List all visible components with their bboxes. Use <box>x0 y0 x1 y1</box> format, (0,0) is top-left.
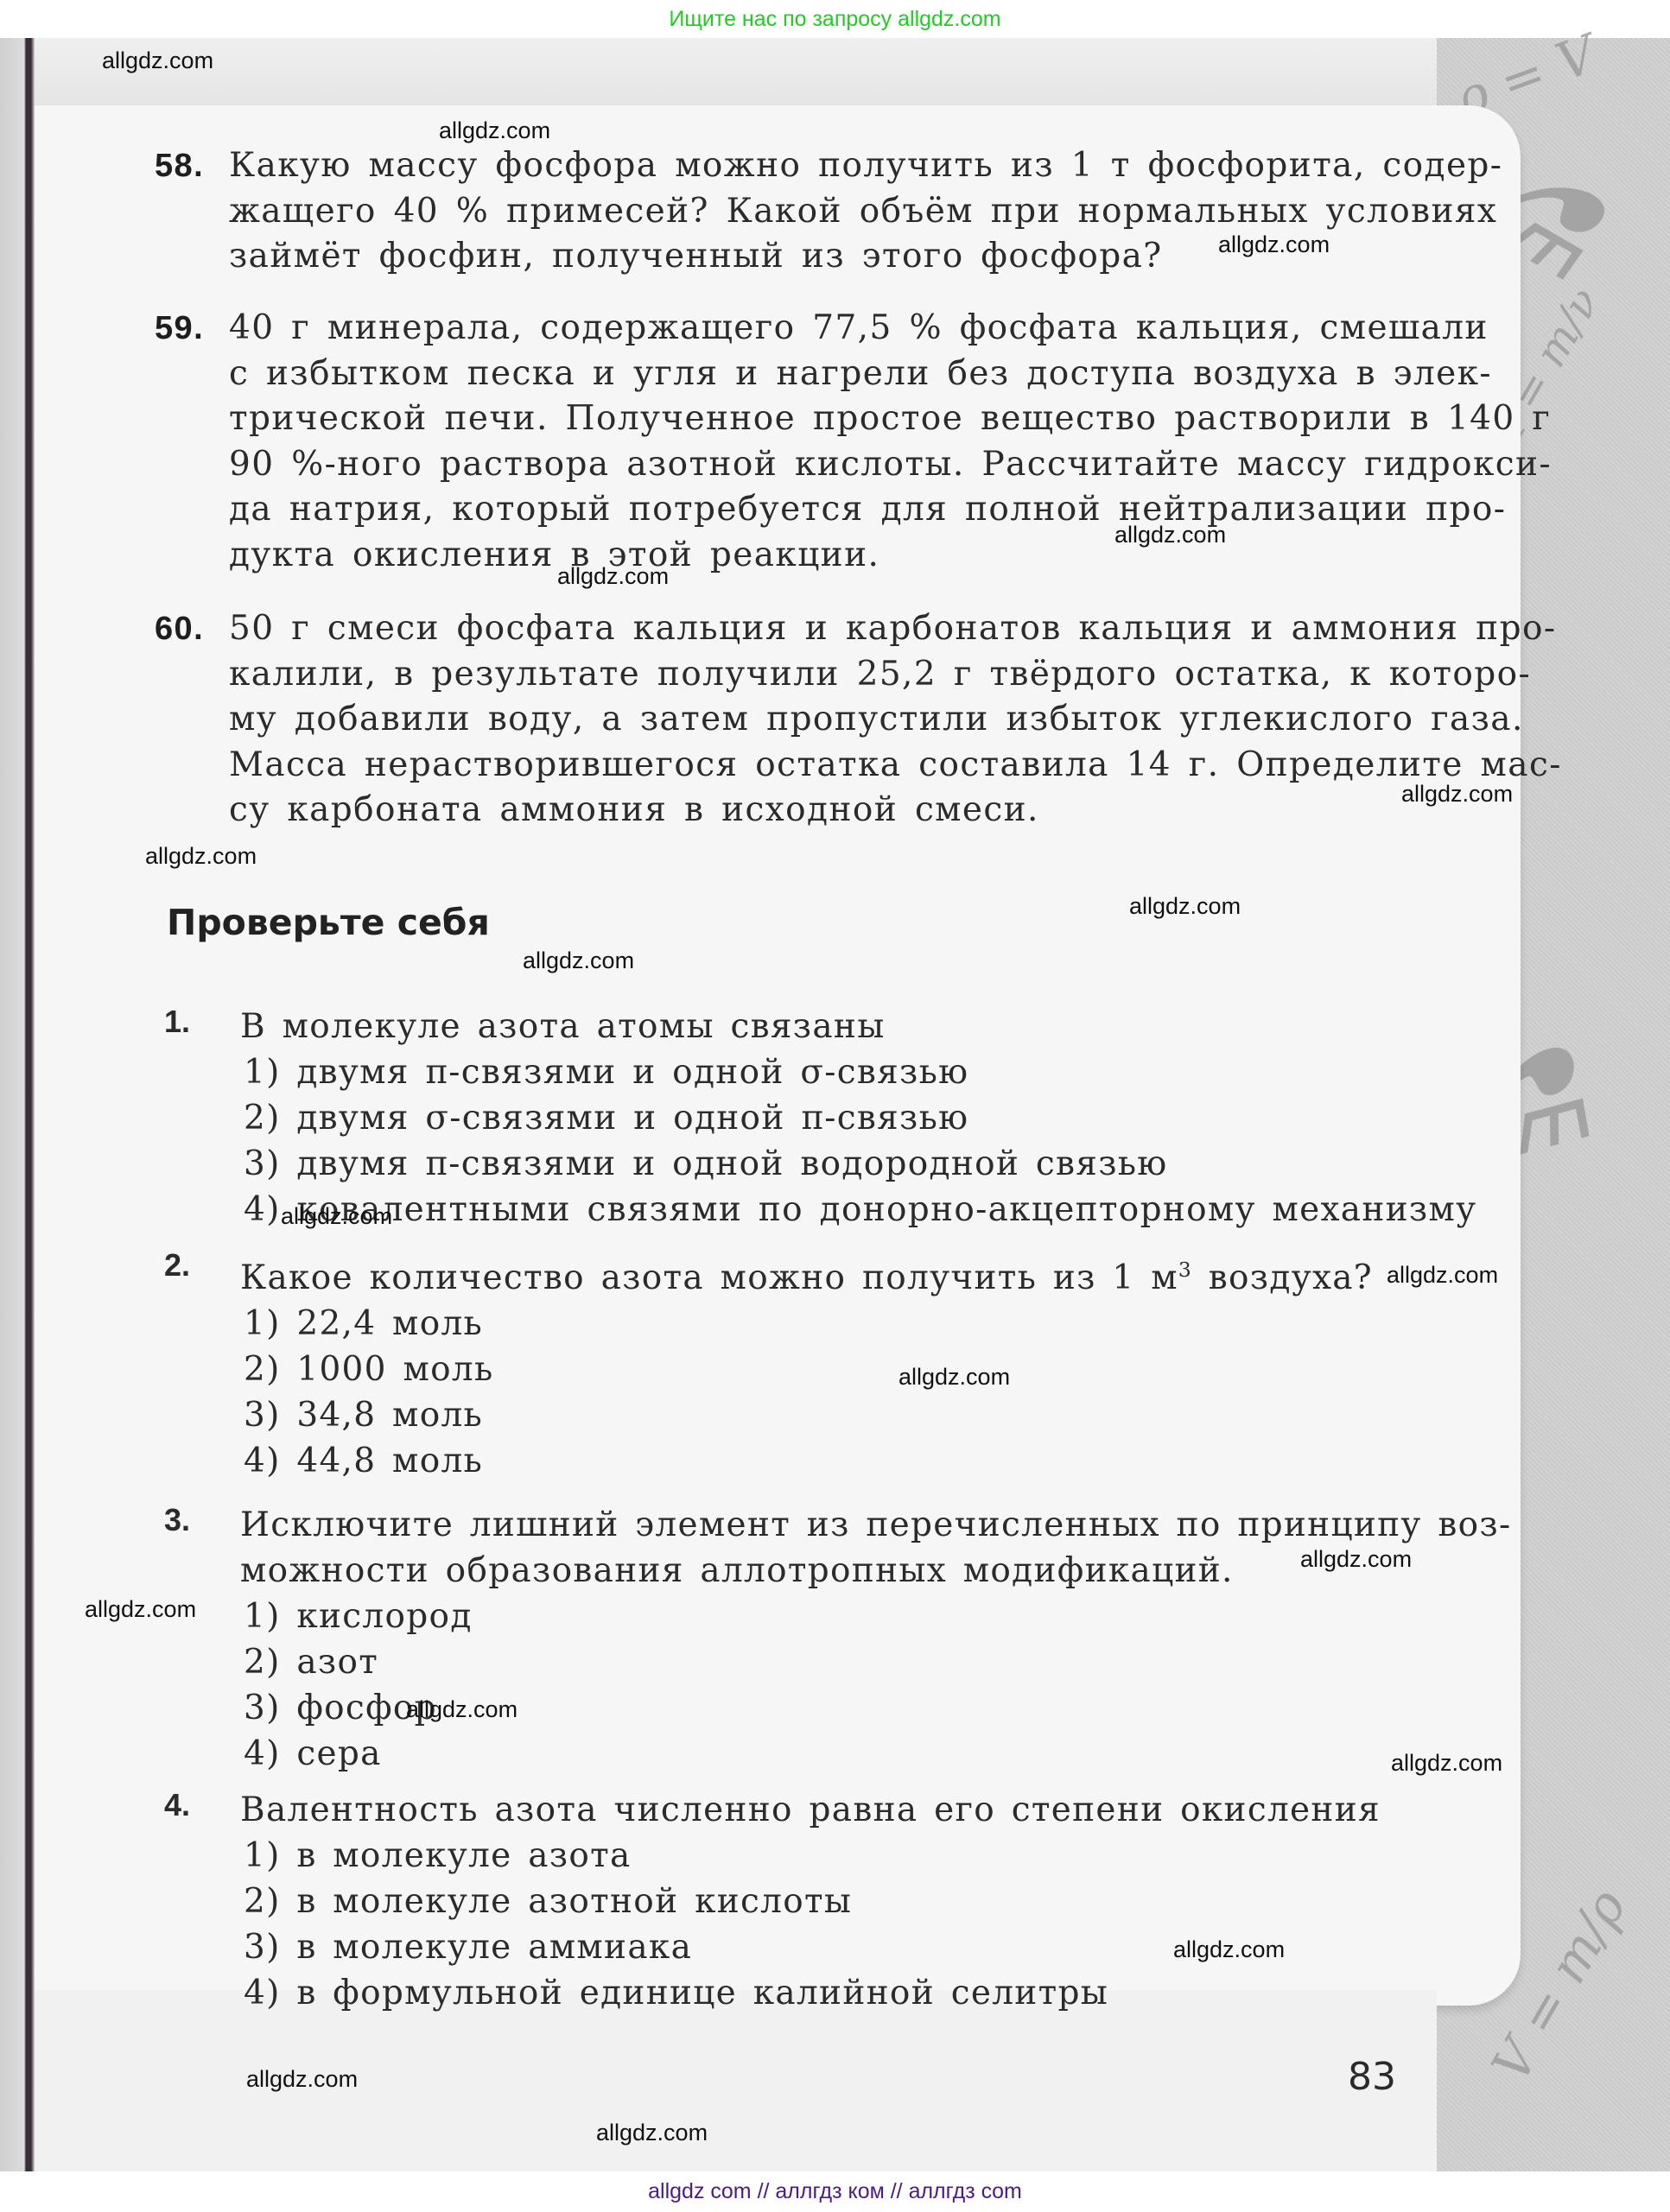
problem-text-line: му добавили воду, а затем пропустили изб… <box>160 697 1525 743</box>
answer-option: 2) 1000 моль <box>164 1347 1546 1392</box>
page-number: 83 <box>1348 2055 1396 2099</box>
quiz-question-3: 3. Исключите лишний элемент из перечисле… <box>164 1502 1546 1777</box>
page-content: 58. Какую массу фосфора можно получить и… <box>0 38 1670 2171</box>
answer-option: 4) сера <box>164 1731 1546 1777</box>
question-number: 4. <box>164 1787 190 1823</box>
question-number: 2. <box>164 1247 190 1283</box>
problem-text-line: Масса нерастворившегося остатка составил… <box>160 743 1525 789</box>
problem-number: 59. <box>155 306 204 352</box>
watermark: allgdz.com <box>1401 781 1513 808</box>
answer-option: 3) фосфор <box>164 1685 1546 1731</box>
watermark: allgdz.com <box>246 2066 358 2093</box>
superscript: 3 <box>1178 1258 1192 1282</box>
watermark: allgdz.com <box>898 1364 1010 1391</box>
answer-option: 3) в молекуле аммиака <box>164 1924 1546 1970</box>
watermark: allgdz.com <box>1300 1546 1412 1573</box>
watermark: allgdz.com <box>102 48 213 74</box>
problem-text-line: 40 г минерала, содержащего 77,5 % фосфат… <box>160 306 1525 352</box>
problem-text-line: су карбоната аммония в исходной смеси. <box>160 788 1525 833</box>
question-text-part: воздуха? <box>1192 1258 1373 1297</box>
problem-60: 60. 50 г смеси фосфата кальция и карбона… <box>160 606 1525 833</box>
answer-option: 1) двумя π-связями и одной σ-связью <box>164 1049 1546 1095</box>
section-title: Проверьте себя <box>167 902 490 943</box>
watermark: allgdz.com <box>439 117 550 144</box>
watermark: allgdz.com <box>1218 231 1330 258</box>
watermark: allgdz.com <box>1391 1750 1502 1777</box>
answer-option: 3) 34,8 моль <box>164 1392 1546 1438</box>
watermark: allgdz.com <box>1129 893 1241 920</box>
answer-option: 1) в молекуле азота <box>164 1833 1546 1879</box>
problem-text-line: с избытком песка и угля и нагрели без до… <box>160 352 1525 397</box>
problem-text-line: дукта окисления в этой реакции. <box>160 533 1525 579</box>
answer-option: 2) азот <box>164 1639 1546 1685</box>
problem-59: 59. 40 г минерала, содержащего 77,5 % фо… <box>160 306 1525 578</box>
watermark: allgdz.com <box>406 1696 518 1723</box>
watermark: allgdz.com <box>523 948 634 974</box>
question-number: 3. <box>164 1502 190 1538</box>
scanned-page: ρ = V ⚗ M = m/ν ⚗ V = m/ρ 58. Какую масс… <box>0 38 1670 2171</box>
problem-text-line: жащего 40 % примесей? Какой объём при но… <box>160 189 1525 235</box>
watermark: allgdz.com <box>596 2120 708 2146</box>
problem-text-line: Какую массу фосфора можно получить из 1 … <box>160 143 1525 189</box>
bottom-promo-banner: allgdz com // аллгдз ком // аллгдз com <box>0 2171 1670 2212</box>
problem-58: 58. Какую массу фосфора можно получить и… <box>160 143 1525 280</box>
problem-text-line: 90 %-ного раствора азотной кислоты. Расс… <box>160 442 1525 488</box>
problem-number: 60. <box>155 606 204 652</box>
watermark: allgdz.com <box>1173 1936 1285 1963</box>
problem-text-line: калили, в результате получили 25,2 г твё… <box>160 652 1525 698</box>
problem-number: 58. <box>155 143 204 189</box>
bottom-banner-text: allgdz com // аллгдз ком // аллгдз com <box>648 2179 1022 2203</box>
problem-text-line: да натрия, который потребуется для полно… <box>160 487 1525 533</box>
problem-text-line: трической печи. Полученное простое вещес… <box>160 396 1525 442</box>
watermark: allgdz.com <box>85 1596 196 1623</box>
watermark: allgdz.com <box>557 563 669 590</box>
answer-option: 2) двумя σ-связями и одной π-связью <box>164 1095 1546 1141</box>
answer-option: 1) 22,4 моль <box>164 1301 1546 1347</box>
watermark: allgdz.com <box>1387 1262 1498 1289</box>
quiz-question-4: 4. Валентность азота численно равна его … <box>164 1787 1546 2016</box>
watermark: allgdz.com <box>145 843 257 870</box>
question-text: Какое количество азота можно получить из… <box>164 1247 1546 1301</box>
quiz-question-1: 1. В молекуле азота атомы связаны 1) дву… <box>164 1004 1546 1233</box>
answer-option: 1) кислород <box>164 1594 1546 1639</box>
quiz-question-2: 2. Какое количество азота можно получить… <box>164 1247 1546 1484</box>
answer-option: 4) в формульной единице калийной селитры <box>164 1970 1546 2016</box>
watermark: allgdz.com <box>1114 522 1226 548</box>
answer-option: 4) 44,8 моль <box>164 1438 1546 1484</box>
question-text-part: Какое количество азота можно получить из… <box>240 1258 1178 1297</box>
top-promo-banner: Ищите нас по запросу allgdz.com <box>0 0 1670 38</box>
question-text: В молекуле азота атомы связаны <box>164 1004 1546 1049</box>
question-text-line: Исключите лишний элемент из перечисленны… <box>164 1502 1546 1548</box>
question-text: Валентность азота численно равна его сте… <box>164 1787 1546 1833</box>
problem-text-line: 50 г смеси фосфата кальция и карбонатов … <box>160 606 1525 652</box>
answer-option: 3) двумя π-связями и одной водородной св… <box>164 1141 1546 1187</box>
top-banner-text: Ищите нас по запросу allgdz.com <box>669 7 1000 31</box>
answer-option: 2) в молекуле азотной кислоты <box>164 1879 1546 1924</box>
question-number: 1. <box>164 1004 190 1040</box>
watermark: allgdz.com <box>281 1203 392 1230</box>
